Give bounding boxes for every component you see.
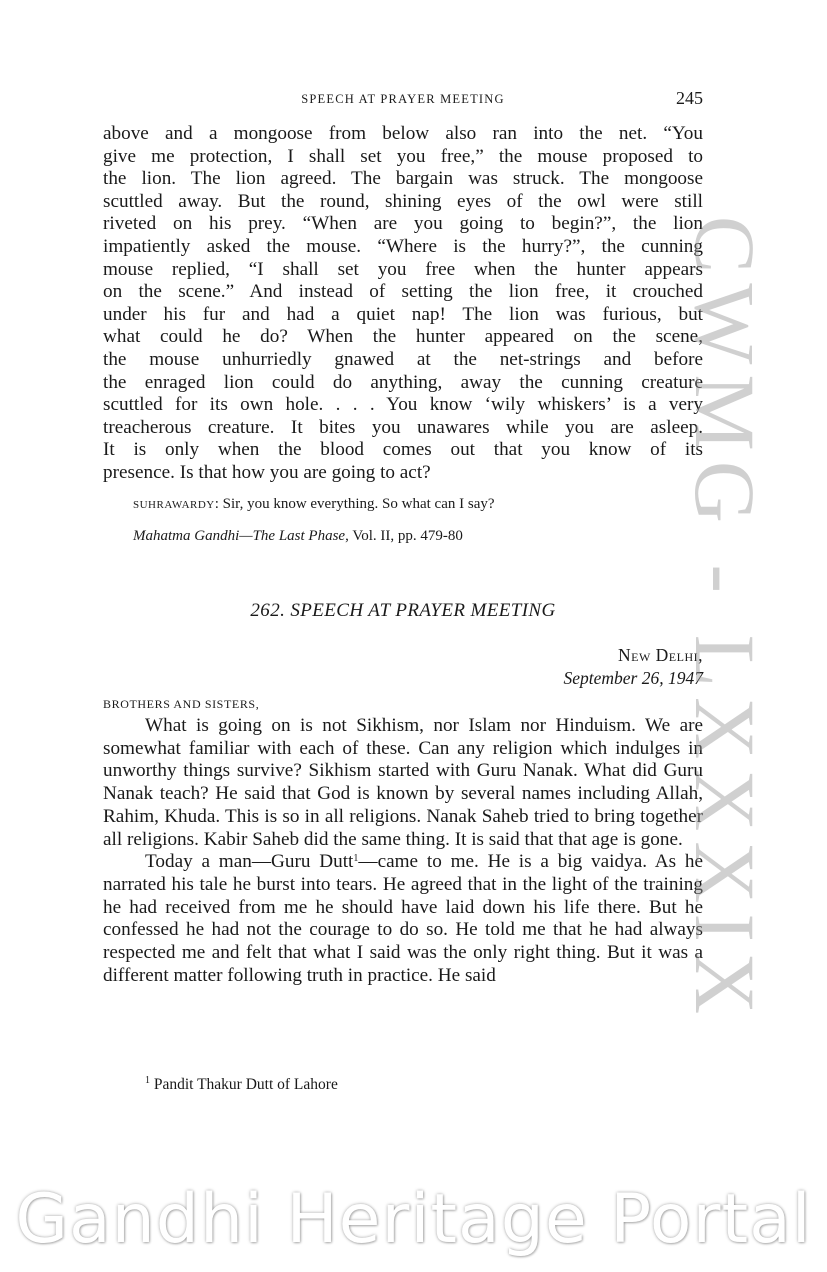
text-line: above and a mongoose from below also ran… [103,123,703,146]
text-line: the mouse unhurriedly gnawed at the net-… [103,349,703,372]
text-line: scuttled away. But the round, shining ey… [103,191,703,214]
speaker-reply: SUHRAWARDY: Sir, you know everything. So… [133,496,495,513]
place: New Delhi, [564,644,704,667]
text-line: under his fur and had a quiet nap! The l… [103,304,703,327]
text-line: It is only when the blood comes out that… [103,439,703,462]
footnote: 1 Pandit Thakur Dutt of Lahore [145,1076,338,1094]
paragraph: Today a man—Guru Dutt1—came to me. He is… [103,851,703,987]
speaker-name: SUHRAWARDY [133,496,215,512]
running-title: SPEECH AT PRAYER MEETING [103,92,703,107]
paragraph: What is going on is not Sikhism, nor Isl… [103,715,703,851]
speaker-text: : Sir, you know everything. So what can … [215,496,495,512]
continued-text: above and a mongoose from below also ran… [103,123,703,485]
text-line: treacherous creature. It bites you unawa… [103,417,703,440]
text-line: riveted on his prey. “When are you going… [103,213,703,236]
text-line: impatiently asked the mouse. “Where is t… [103,236,703,259]
dateline: New Delhi, September 26, 1947 [564,644,704,690]
bottom-watermark: Gandhi Heritage Portal [0,1180,827,1259]
paragraph-start: Today a man—Guru Dutt [145,851,353,872]
text-line: presence. Is that how you are going to a… [103,462,703,485]
text-line: on the scene.” And instead of setting th… [103,281,703,304]
text-line: give me protection, I shall set you free… [103,146,703,169]
source-details: , Vol. II, pp. 479-80 [345,528,463,544]
text-line: what could he do? When the hunter appear… [103,326,703,349]
text-line: scuttled for its own hole. . . . You kno… [103,394,703,417]
source-title: Mahatma Gandhi—The Last Phase [133,528,345,544]
page-number: 245 [676,88,703,109]
salutation: BROTHERS AND SISTERS, [103,697,259,712]
running-header: SPEECH AT PRAYER MEETING 245 [103,88,703,112]
section-title: 262. SPEECH AT PRAYER MEETING [103,600,703,622]
footnote-text: Pandit Thakur Dutt of Lahore [150,1076,338,1093]
text-line: the enraged lion could do anything, away… [103,372,703,395]
speech-body: What is going on is not Sikhism, nor Isl… [103,715,703,987]
text-line: the lion. The lion agreed. The bargain w… [103,168,703,191]
date: September 26, 1947 [564,667,704,690]
text-line: mouse replied, “I shall set you free whe… [103,259,703,282]
source-citation: Mahatma Gandhi—The Last Phase, Vol. II, … [133,528,463,545]
